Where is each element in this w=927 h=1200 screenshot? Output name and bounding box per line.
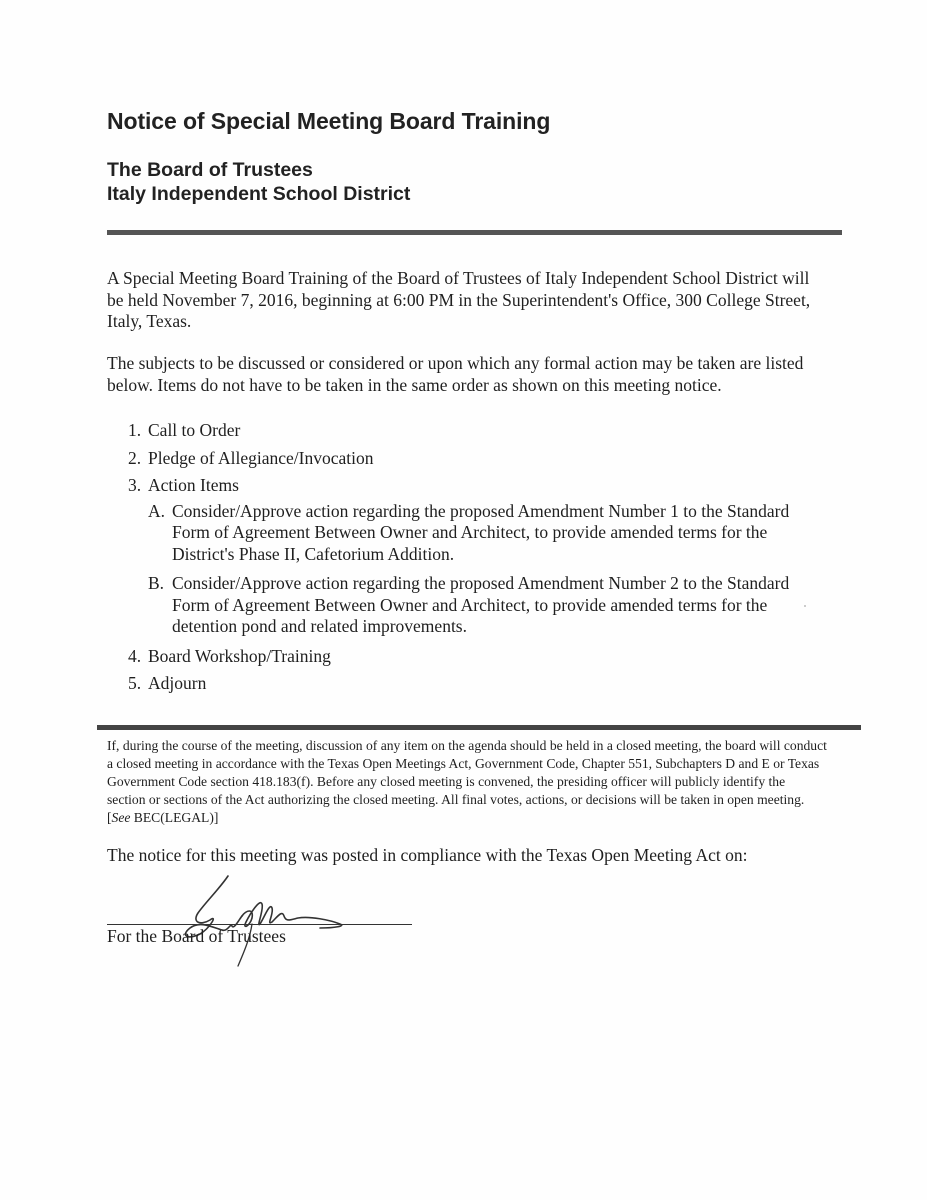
intro-paragraph: A Special Meeting Board Training of the … [107, 268, 827, 333]
agenda-item-label: Adjourn [148, 673, 206, 693]
action-item-letter: A. [148, 501, 165, 523]
agenda-item: 1.Call to Order [128, 420, 792, 442]
document-title: Notice of Special Meeting Board Training [107, 108, 550, 135]
document-subtitle: The Board of Trustees Italy Independent … [107, 158, 410, 206]
agenda-item-number: 4. [128, 646, 148, 668]
agenda-item-number: 1. [128, 420, 148, 442]
agenda-item-number: 2. [128, 448, 148, 470]
footer-divider [97, 725, 861, 730]
disclaimer-see: See [112, 810, 131, 825]
agenda-item-number: 5. [128, 673, 148, 695]
agenda-list: 1.Call to Order 2.Pledge of Allegiance/I… [128, 420, 792, 701]
agenda-item-number: 3. [128, 475, 148, 497]
closed-meeting-disclaimer: If, during the course of the meeting, di… [107, 737, 827, 827]
signature-caption: For the Board of Trustees [107, 926, 286, 947]
action-item-text: Consider/Approve action regarding the pr… [172, 501, 789, 564]
agenda-item-label: Pledge of Allegiance/Invocation [148, 448, 373, 468]
signature-icon [170, 868, 380, 968]
action-item-letter: B. [148, 573, 164, 595]
agenda-item: 4.Board Workshop/Training [128, 646, 792, 668]
board-name: The Board of Trustees [107, 158, 410, 182]
agenda-item: 5.Adjourn [128, 673, 792, 695]
district-name: Italy Independent School District [107, 182, 410, 206]
posted-statement: The notice for this meeting was posted i… [107, 845, 747, 866]
action-item: A. Consider/Approve action regarding the… [148, 501, 792, 566]
header-divider [107, 230, 842, 235]
agenda-item: 3.Action Items A. Consider/Approve actio… [128, 475, 792, 638]
scan-speck [804, 605, 806, 607]
subjects-paragraph: The subjects to be discussed or consider… [107, 353, 827, 396]
action-item: B. Consider/Approve action regarding the… [148, 573, 792, 638]
action-item-text: Consider/Approve action regarding the pr… [172, 573, 789, 636]
agenda-item-label: Board Workshop/Training [148, 646, 331, 666]
agenda-item: 2.Pledge of Allegiance/Invocation [128, 448, 792, 470]
signature-line [107, 924, 412, 925]
disclaimer-reference: BEC(LEGAL)] [130, 810, 218, 825]
agenda-item-label: Call to Order [148, 420, 240, 440]
document-page: Notice of Special Meeting Board Training… [0, 0, 927, 1200]
agenda-item-label: Action Items [148, 475, 239, 495]
action-items-sublist: A. Consider/Approve action regarding the… [148, 501, 792, 638]
